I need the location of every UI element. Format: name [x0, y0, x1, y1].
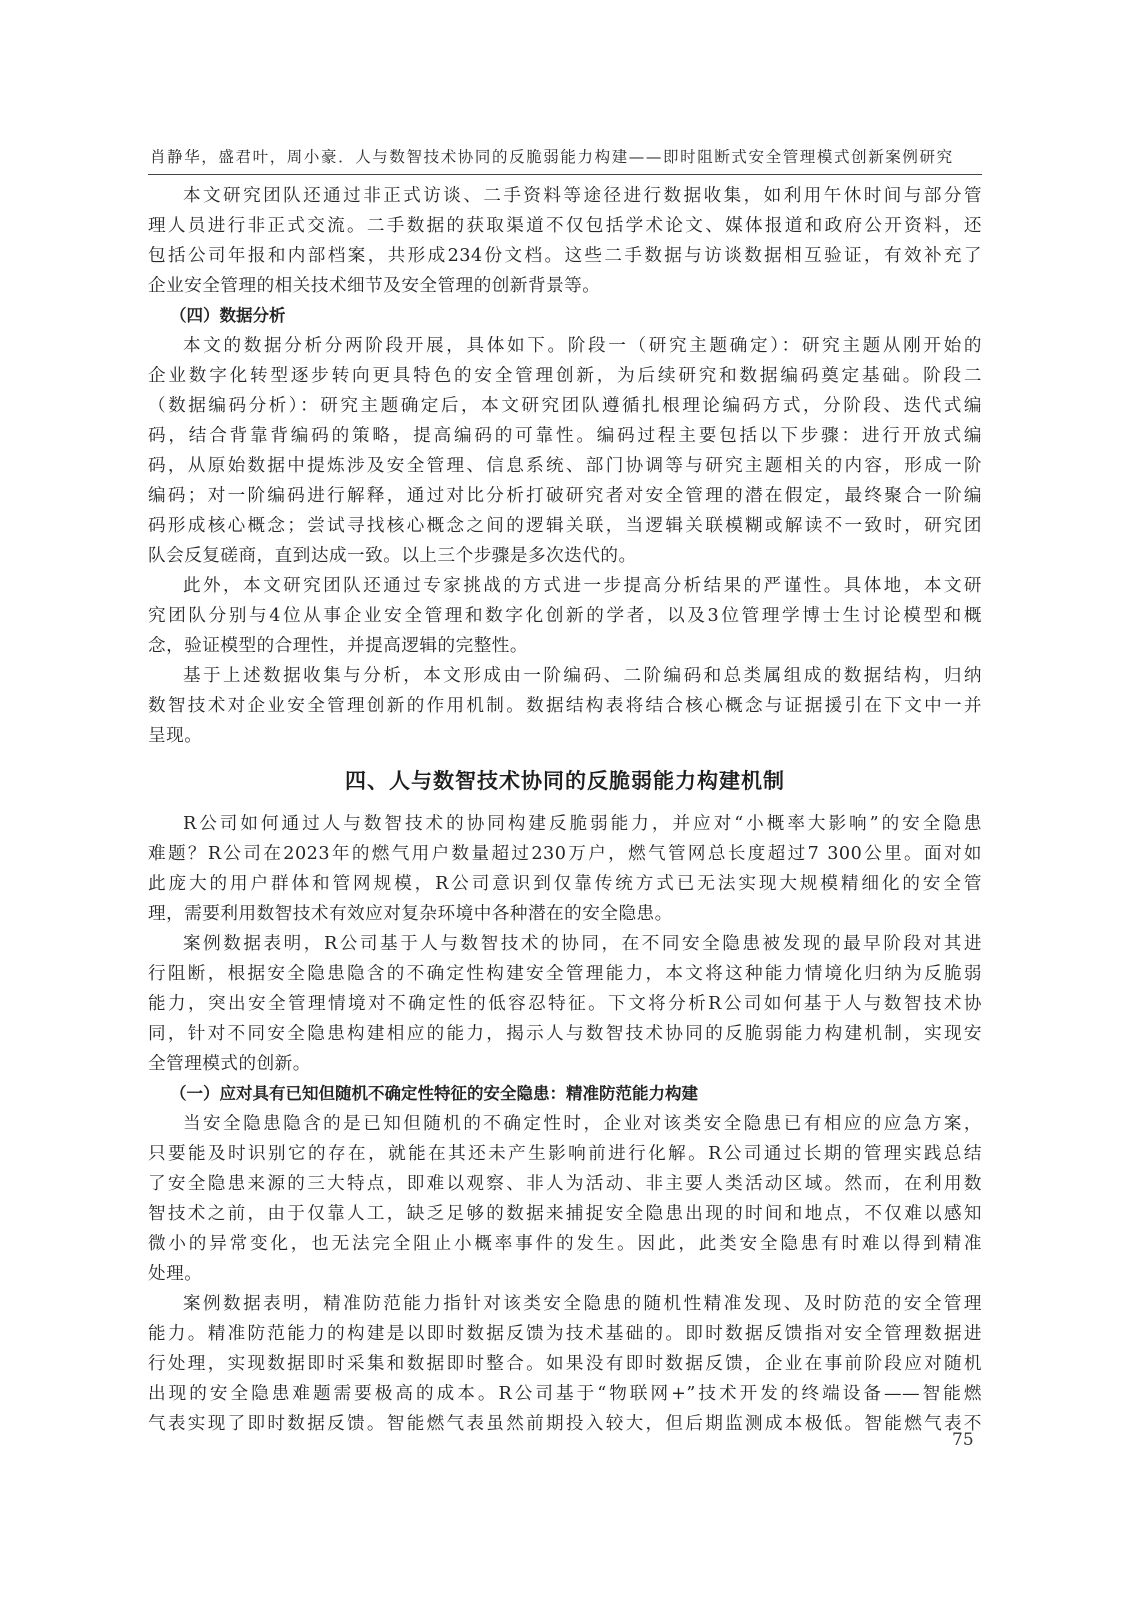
text-line: 念，验证模型的合理性，并提高逻辑的完整性。 [148, 631, 982, 661]
text-line: 全管理模式的创新。 [148, 1049, 982, 1079]
document-page: 肖静华，盛君叶，周小豪．人与数智技术协同的反脆弱能力构建——即时阻断式安全管理模… [148, 146, 982, 1439]
text-line: （数据编码分析）：研究主题确定后，本文研究团队遵循扎根理论编码方式，分阶段、迭代… [148, 391, 982, 421]
text-line: 码，从原始数据中提炼涉及安全管理、信息系统、部门协调等与研究主题相关的内容，形成… [148, 451, 982, 481]
paragraph-data-structure: 基于上述数据收集与分析，本文形成由一阶编码、二阶编码和总类属组成的数据结构，归纳… [148, 661, 982, 751]
paragraph-analysis-stages: 本文的数据分析分两阶段开展，具体如下。阶段一（研究主题确定）：研究主题从刚开始的… [148, 331, 982, 571]
text-line: 难题？R公司在2023年的燃气用户数量超过230万户，燃气管网总长度超过7 30… [148, 839, 982, 869]
paragraph-case-evidence: 案例数据表明，R公司基于人与数智技术的协同，在不同安全隐患被发现的最早阶段对其进… [148, 929, 982, 1079]
paragraph-realtime-feedback: 案例数据表明，精准防范能力指针对该类安全隐患的随机性精准发现、及时防范的安全管理… [148, 1289, 982, 1439]
text-line: 码形成核心概念；尝试寻找核心概念之间的逻辑关联，当逻辑关联模糊或解读不一致时，研… [148, 511, 982, 541]
text-line: 此庞大的用户群体和管网规模，R公司意识到仅靠传统方式已无法实现大规模精细化的安全… [148, 869, 982, 899]
text-line: 编码；对一阶编码进行解释，通过对比分析打破研究者对安全管理的潜在假定，最终聚合一… [148, 481, 982, 511]
text-line: 此外，本文研究团队还通过专家挑战的方式进一步提高分析结果的严谨性。具体地，本文研 [148, 571, 982, 601]
text-line: 基于上述数据收集与分析，本文形成由一阶编码、二阶编码和总类属组成的数据结构，归纳 [148, 661, 982, 691]
text-line: 出现的安全隐患难题需要极高的成本。R公司基于“物联网+”技术开发的终端设备——智… [148, 1379, 982, 1409]
page-number: 75 [952, 1430, 974, 1450]
text-line: 队会反复磋商，直到达成一致。以上三个步骤是多次迭代的。 [148, 541, 982, 571]
text-line: 只要能及时识别它的存在，就能在其还未产生影响前进行化解。R公司通过长期的管理实践… [148, 1139, 982, 1169]
text-line: 究团队分别与4位从事企业安全管理和数字化创新的学者，以及3位管理学博士生讨论模型… [148, 601, 982, 631]
subheading-precise-prevention: （一）应对具有已知但随机不确定性特征的安全隐患：精准防范能力构建 [148, 1079, 982, 1109]
text-line: 智技术之前，由于仅靠人工，缺乏足够的数据来捕捉安全隐患出现的时间和地点，不仅难以… [148, 1199, 982, 1229]
text-line: 案例数据表明，精准防范能力指针对该类安全隐患的随机性精准发现、及时防范的安全管理 [148, 1289, 982, 1319]
paragraph-company-question: R公司如何通过人与数智技术的协同构建反脆弱能力，并应对“小概率大影响”的安全隐患… [148, 809, 982, 929]
text-line: 数智技术对企业安全管理创新的作用机制。数据结构表将结合核心概念与证据援引在下文中… [148, 691, 982, 721]
text-line: 理人员进行非正式交流。二手数据的获取渠道不仅包括学术论文、媒体报道和政府公开资料… [148, 211, 982, 241]
text-line: 当安全隐患隐含的是已知但随机的不确定性时，企业对该类安全隐患已有相应的应急方案， [148, 1109, 982, 1139]
text-line: 行处理，实现数据即时采集和数据即时整合。如果没有即时数据反馈，企业在事前阶段应对… [148, 1349, 982, 1379]
text-line: 行阻断，根据安全隐患隐含的不确定性构建安全管理能力，本文将这种能力情境化归纳为反… [148, 959, 982, 989]
text-line: 企业安全管理的相关技术细节及安全管理的创新背景等。 [148, 271, 982, 301]
text-line: 气表实现了即时数据反馈。智能燃气表虽然前期投入较大，但后期监测成本极低。智能燃气… [148, 1409, 982, 1439]
text-line: 包括公司年报和内部档案，共形成234份文档。这些二手数据与访谈数据相互验证，有效… [148, 241, 982, 271]
text-line: R公司如何通过人与数智技术的协同构建反脆弱能力，并应对“小概率大影响”的安全隐患 [148, 809, 982, 839]
subheading-data-analysis: （四）数据分析 [148, 301, 982, 331]
running-header: 肖静华，盛君叶，周小豪．人与数智技术协同的反脆弱能力构建——即时阻断式安全管理模… [148, 146, 982, 175]
text-line: 本文研究团队还通过非正式访谈、二手资料等途径进行数据收集，如利用午休时间与部分管 [148, 181, 982, 211]
section-title: 四、人与数智技术协同的反脆弱能力构建机制 [148, 755, 982, 807]
text-line: 能力。精准防范能力的构建是以即时数据反馈为技术基础的。即时数据反馈指对安全管理数… [148, 1319, 982, 1349]
text-line: 呈现。 [148, 721, 982, 751]
text-line: 处理。 [148, 1259, 982, 1289]
text-line: 同，针对不同安全隐患构建相应的能力，揭示人与数智技术协同的反脆弱能力构建机制，实… [148, 1019, 982, 1049]
text-line: 理，需要利用数智技术有效应对复杂环境中各种潜在的安全隐患。 [148, 899, 982, 929]
text-line: 案例数据表明，R公司基于人与数智技术的协同，在不同安全隐患被发现的最早阶段对其进 [148, 929, 982, 959]
text-line: 码，结合背靠背编码的策略，提高编码的可靠性。编码过程主要包括以下步骤：进行开放式… [148, 421, 982, 451]
paragraph-data-collection: 本文研究团队还通过非正式访谈、二手资料等途径进行数据收集，如利用午休时间与部分管… [148, 181, 982, 301]
paragraph-expert-challenge: 此外，本文研究团队还通过专家挑战的方式进一步提高分析结果的严谨性。具体地，本文研… [148, 571, 982, 661]
text-line: 企业数字化转型逐步转向更具特色的安全管理创新，为后续研究和数据编码奠定基础。阶段… [148, 361, 982, 391]
text-line: 微小的异常变化，也无法完全阻止小概率事件的发生。因此，此类安全隐患有时难以得到精… [148, 1229, 982, 1259]
text-line: 了安全隐患来源的三大特点，即难以观察、非人为活动、非主要人类活动区域。然而，在利… [148, 1169, 982, 1199]
text-line: 本文的数据分析分两阶段开展，具体如下。阶段一（研究主题确定）：研究主题从刚开始的 [148, 331, 982, 361]
text-line: 能力，突出安全管理情境对不确定性的低容忍特征。下文将分析R公司如何基于人与数智技… [148, 989, 982, 1019]
paragraph-known-random-uncertainty: 当安全隐患隐含的是已知但随机的不确定性时，企业对该类安全隐患已有相应的应急方案，… [148, 1109, 982, 1289]
